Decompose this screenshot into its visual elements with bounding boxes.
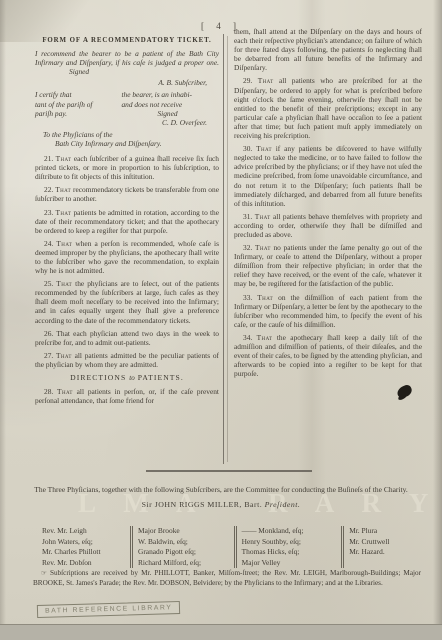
certify-line: the bearer, is an inhabi- (121, 90, 219, 99)
member-column-2: Major Brooke W. Baldwin, eſq; Granado Pi… (130, 526, 234, 568)
member-column-4: Mr. Plura Mr. Cruttwell Mr. Hazard. (341, 526, 418, 568)
member-name: Mr. Plura (349, 526, 413, 537)
committee-note: The Three Phyſicians, together with the … (25, 485, 417, 495)
member-name: John Waters, eſq; (42, 537, 125, 548)
rule-29: 29. That all patients who are preſcribed… (234, 76, 422, 140)
member-name: W. Baldwin, eſq; (138, 537, 229, 548)
rule-25: 25. That the phyſicians are to ſelect, o… (35, 279, 219, 324)
form-recommend-text: I recommend the bearer to be a patient o… (35, 49, 219, 76)
rule-34: 34. That the apothecary ſhall keep a dai… (234, 333, 422, 378)
committee-members: Rev. Mr. Leigh John Waters, eſq; Mr. Cha… (34, 526, 418, 568)
page-edge-bottom (0, 624, 442, 640)
rule-28-continued: them, ſhall attend at the Diſpenſary on … (234, 27, 422, 72)
rule-26: 26. That each phyſician attend two days … (35, 329, 219, 347)
page-edge-left (0, 0, 6, 640)
library-stamp: BATH REFERENCE LIBRARY (37, 601, 181, 618)
document-page: L M A R A R Y [ 4 ] FORM OF A RECOMMENDA… (0, 0, 442, 640)
subscriptions-note: ☞ Subſcriptions are received by Mr. PHIL… (33, 569, 421, 588)
overseer-signature: C. D. Overſeer. (35, 118, 219, 127)
member-name: Henry Southby, eſq; (242, 537, 337, 548)
member-name: —— Monkland, eſq; (242, 526, 337, 537)
rule-30: 30. That if any patients be diſcovered t… (234, 144, 422, 208)
member-name: Richard Milford, eſq; (138, 558, 229, 569)
member-name: Rev. Mr. Leigh (42, 526, 125, 537)
member-name: Major Brooke (138, 526, 229, 537)
member-column-1: Rev. Mr. Leigh John Waters, eſq; Mr. Cha… (34, 526, 130, 568)
section-rule (146, 470, 312, 472)
certify-block: I certify that tant of the pariſh of par… (35, 90, 219, 117)
member-column-3: —— Monkland, eſq; Henry Southby, eſq; Th… (234, 526, 342, 568)
member-name: Mr. Cruttwell (349, 537, 413, 548)
left-column: FORM OF A RECOMMENDATORY TICKET. I recom… (35, 36, 219, 409)
rule-33: 33. That on the diſmiſſion of each patie… (234, 293, 422, 329)
subscriber-signature: A. B. Subſcriber, (35, 78, 219, 87)
president-line: Sir JOHN RIGGS MILLER, Bart. Preſident. (25, 500, 417, 510)
rule-23: 23. That patients be admitted in rotatio… (35, 208, 219, 235)
member-name: Granado Pigott eſq; (138, 547, 229, 558)
page-edge-right (433, 0, 442, 640)
form-heading: FORM OF A RECOMMENDATORY TICKET. (35, 36, 219, 45)
member-name: Major Velley (242, 558, 337, 569)
column-divider (223, 34, 224, 464)
rule-28: 28. That all patients in perſon, or, if … (35, 387, 219, 405)
member-name: Thomas Hicks, eſq; (242, 547, 337, 558)
recommendatory-ticket-form: I recommend the bearer to be a patient o… (35, 49, 219, 148)
rule-31: 31. That all patients behave themſelves … (234, 212, 422, 239)
address-line: To the Phyſicians of the (43, 130, 219, 139)
rule-27: 27. That all patients admitted be the pe… (35, 351, 219, 369)
address-line: Bath City Infirmary and Diſpenſary. (55, 139, 219, 148)
member-name: Rev. Mr. Dobſon (42, 558, 125, 569)
rule-32: 32. That no patients under the ſame pena… (234, 243, 422, 288)
member-name: Mr. Charles Phillott (42, 547, 125, 558)
column-divider-echo (227, 36, 228, 462)
certify-line: pariſh pay. (35, 109, 121, 118)
directions-heading: DIRECTIONS to PATIENTS. (35, 373, 219, 383)
ink-blot (395, 384, 413, 400)
rule-21: 21. That each ſubſcriber of a guinea ſha… (35, 154, 219, 181)
member-name: Mr. Hazard. (349, 547, 413, 558)
signed-label: Signed (69, 67, 89, 76)
pointing-hand-icon: ☞ (41, 569, 47, 577)
signed-label: Signed (121, 109, 219, 118)
rule-22: 22. That recommendatory tickets be trans… (35, 185, 219, 203)
right-column: them, ſhall attend at the Diſpenſary on … (234, 27, 422, 382)
certify-line: I certify that (35, 90, 121, 99)
certify-line: and does not receive (121, 100, 219, 109)
rule-24: 24. That when a perſon is recommended, w… (35, 239, 219, 275)
committee-section: The Three Phyſicians, together with the … (25, 485, 417, 509)
certify-line: tant of the pariſh of (35, 100, 121, 109)
